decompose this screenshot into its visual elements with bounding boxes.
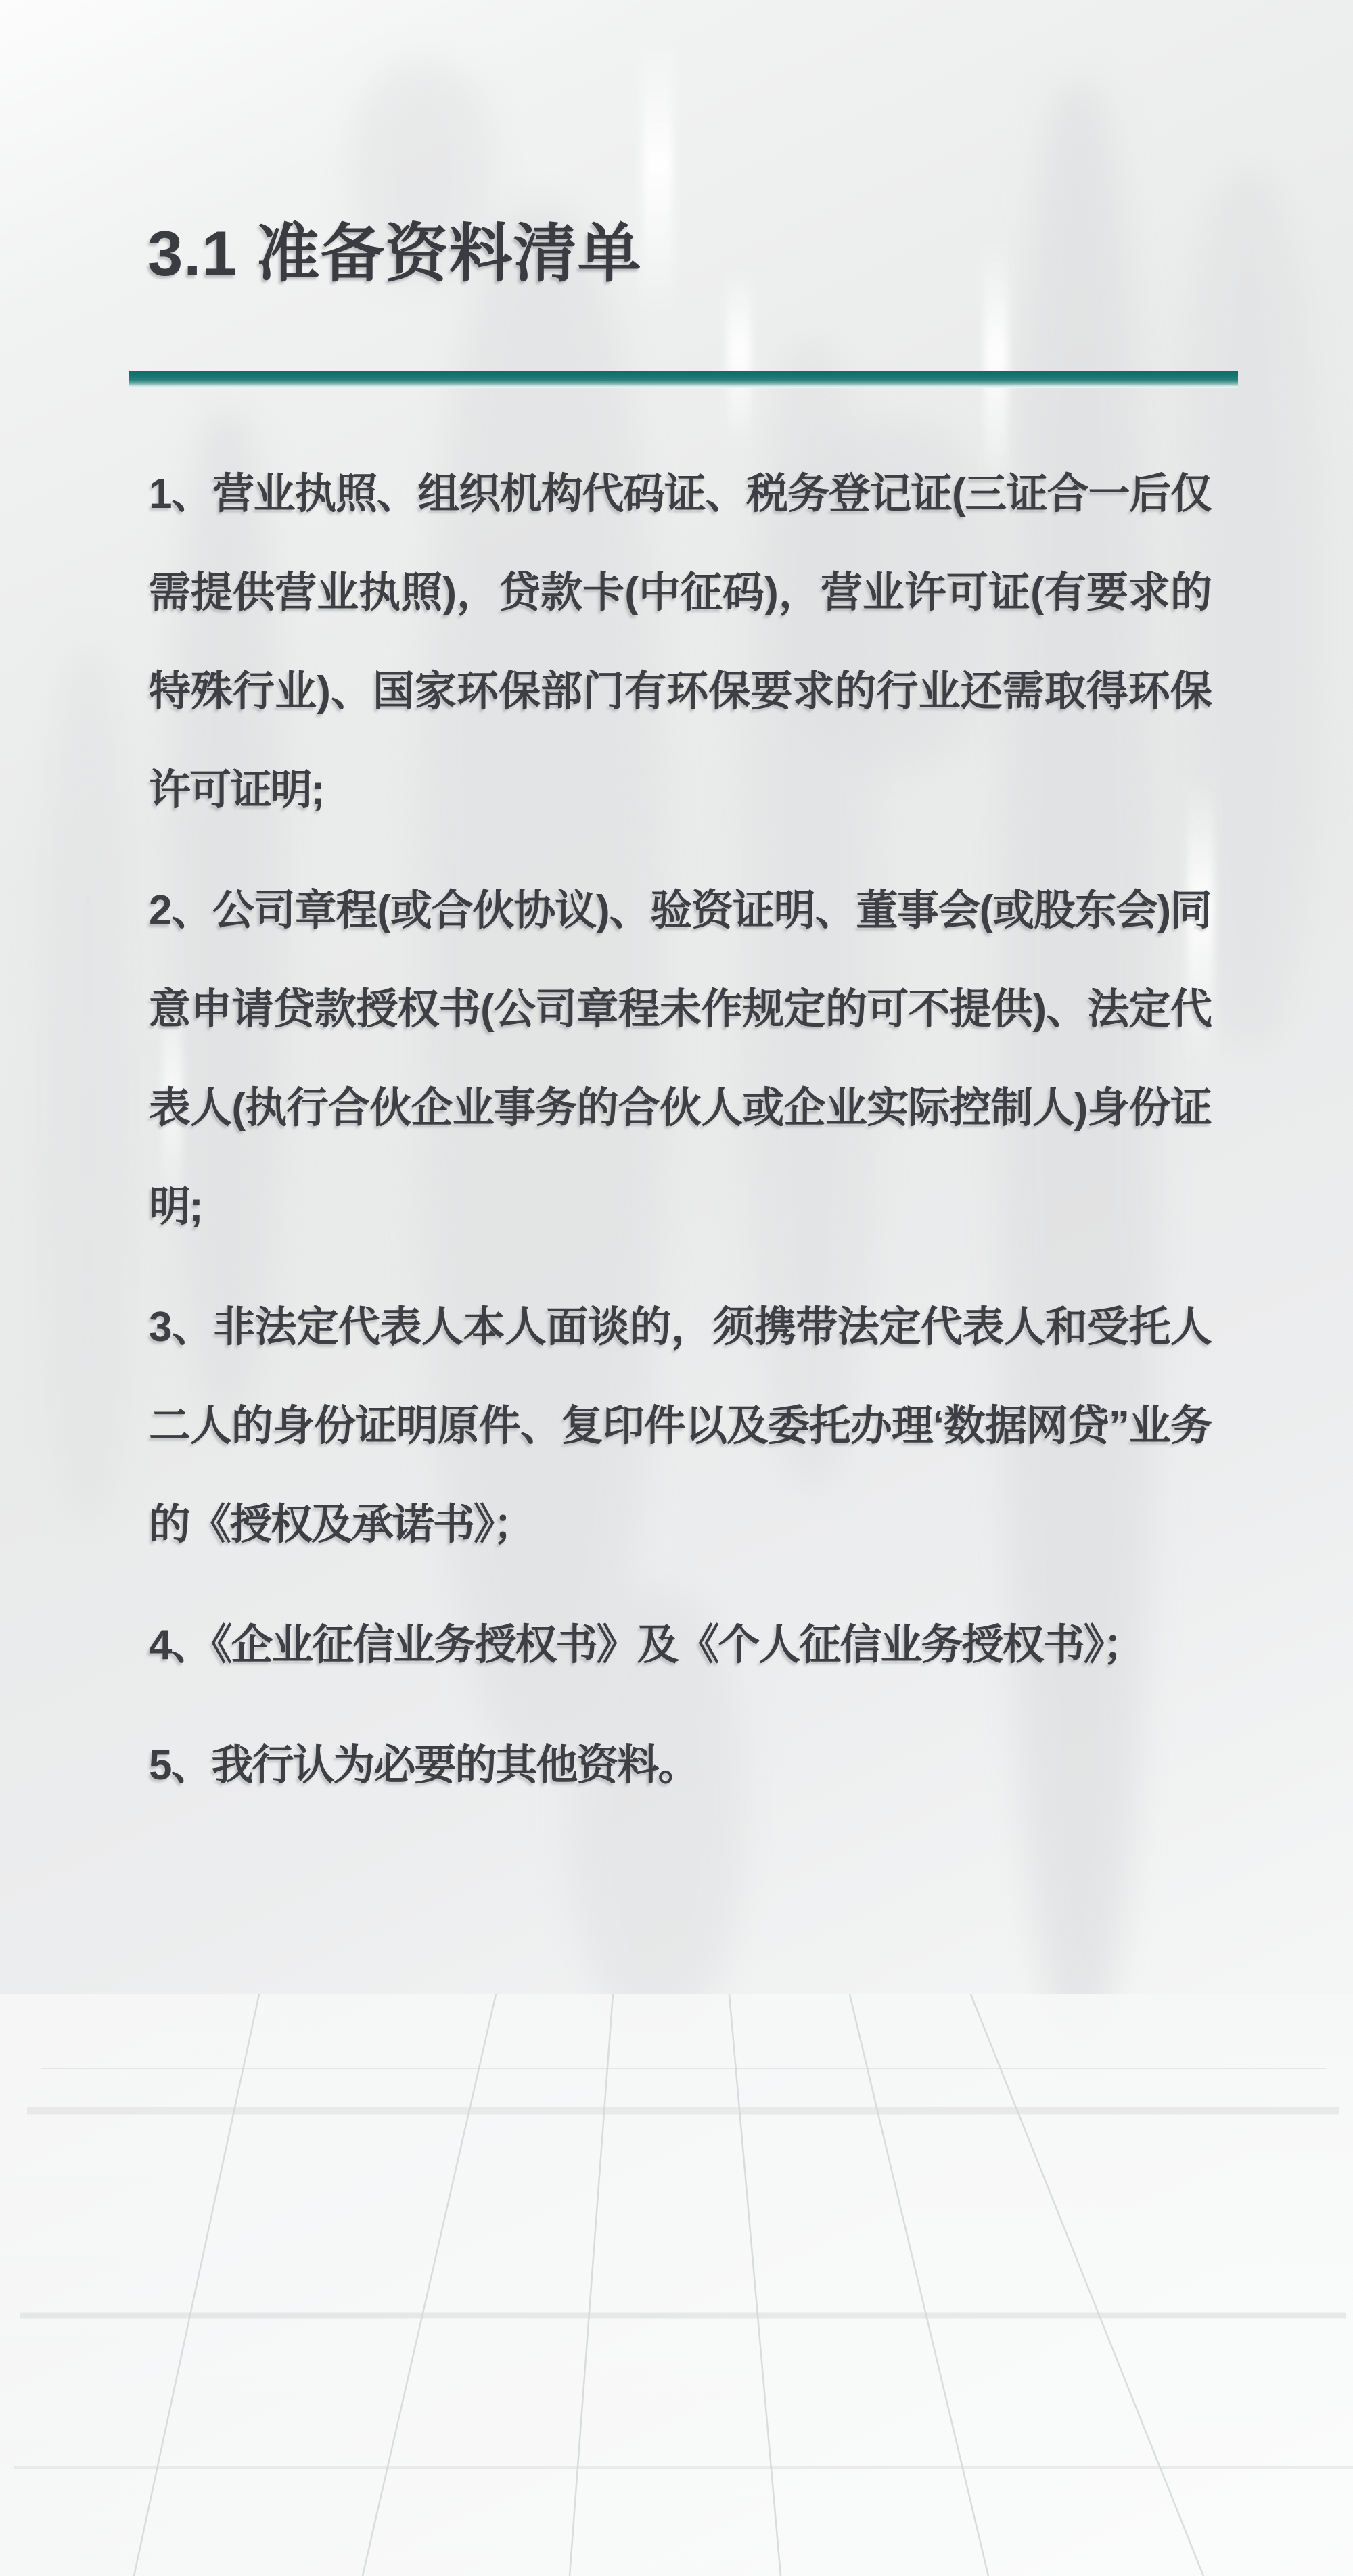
title-divider [129, 371, 1238, 388]
checklist: 1、营业执照、组织机构代码证、税务登记证(三证合一后仅需提供营业执照)，贷款卡(… [149, 445, 1211, 1837]
list-item-1: 1、营业执照、组织机构代码证、税务登记证(三证合一后仅需提供营业执照)，贷款卡(… [149, 445, 1211, 840]
light-streak [643, 41, 673, 311]
list-item-2: 2、公司章程(或合伙协议)、验资证明、董事会(或股东会)同意申请贷款授权书(公司… [149, 862, 1211, 1257]
slide: 3.1 准备资料清单 1、营业执照、组织机构代码证、税务登记证(三证合一后仅需提… [0, 0, 1353, 2576]
light-streak [727, 271, 751, 446]
page-title: 3.1 准备资料清单 [147, 216, 642, 291]
map-blob [41, 642, 135, 1522]
list-item-3: 3、非法定代表人本人面谈的，须携带法定代表人和受托人二人的身份证明原件、复印件以… [149, 1278, 1211, 1574]
list-item-4: 4、《企业征信业务授权书》及《个人征信业务授权书》； [149, 1596, 1211, 1695]
list-item-5: 5、我行认为必要的其他资料。 [149, 1716, 1211, 1815]
floor-grid [0, 1994, 1353, 2576]
